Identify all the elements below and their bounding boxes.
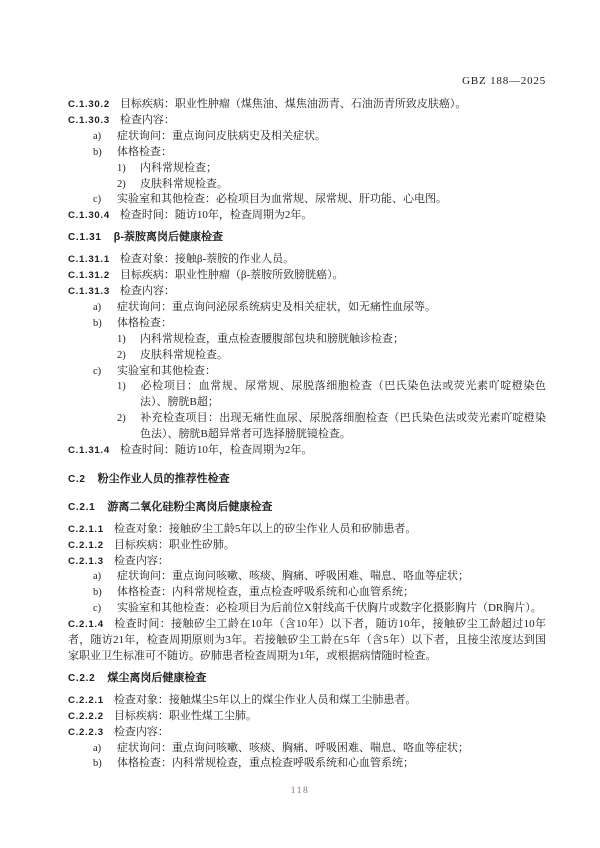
clause-text: 体格检查： [117,317,172,329]
clause-paragraph: C.1.30.2目标疾病：职业性肿瘤（煤焦油、煤焦油沥青、石油沥青所致皮肤癌）。 [68,97,546,113]
clause-text: 检查时间：接触矽尘工龄在10年（含10年）以下者，随访10年，接触矽尘工龄超过1… [68,618,546,662]
clause-text: 煤尘离岗后健康检查 [107,672,206,684]
clause-number: C.1.30.3 [68,115,110,126]
clause-number: 1) [117,379,140,395]
clause-text: 游离二氧化硅粉尘离岗后健康检查 [107,501,272,513]
clause-number: a) [93,569,117,585]
clause-number: b) [93,756,117,772]
clause-number: 1) [117,161,140,177]
clause-text: 检查对象：接触β-萘胺的作业人员。 [120,253,294,265]
clause-text: 目标疾病：职业性肿瘤（煤焦油、煤焦油沥青、石油沥青所致皮肤癌）。 [120,98,467,110]
list-item-letter: c)实验室和其他检查：必检项目为血常规、尿常规、肝功能、心电图。 [68,192,546,208]
clause-number: C.2.2.3 [68,727,104,738]
clause-number: C.2.2.2 [68,711,104,722]
clause-number: 2) [117,177,140,193]
clause-number: b) [93,145,117,161]
clause-text: 症状询问：重点询问泌尿系统病史及相关症状，如无痛性血尿等。 [117,301,436,313]
clause-number: C.2.1.1 [68,524,104,535]
list-item-letter: b)体格检查： [68,145,546,161]
clause-number: C.1.31.3 [68,286,110,297]
clause-text: 皮肤科常规检查。 [140,178,228,190]
clause-text: 症状询问：重点询问咳嗽、咳痰、胸痛、呼吸困难、喘息、咯血等症状； [117,742,469,754]
list-item-number: 1)必检项目：血常规、尿常规、尿脱落细胞检查（巴氏染色法或荧光素吖啶橙染色法）、… [68,379,546,411]
clause-number: C.1.30.2 [68,99,110,110]
clause-text: 检查内容： [114,555,169,567]
clause-number: 2) [117,348,140,364]
clause-text: 检查对象：接触煤尘5年以上的煤尘作业人员和煤工尘肺患者。 [114,694,417,706]
clause-text: 检查内容： [114,726,169,738]
clause-number: 2) [117,411,140,427]
page-number: 118 [0,786,600,796]
clause-text: 补充检查项目：出现无痛性血尿、尿脱落细胞检查（巴氏染色法或荧光素吖啶橙染色法）、… [140,412,546,440]
list-item-number: 1)内科常规检查； [68,161,546,177]
standard-number-header: GBZ 188—2025 [462,75,546,87]
clause-text: 体格检查： [117,146,172,158]
clause-number: C.2.1.4 [68,619,104,630]
list-item-letter: a)症状询问：重点询问咳嗽、咳痰、胸痛、呼吸困难、喘息、咯血等症状； [68,741,546,757]
clause-paragraph: C.1.31.2目标疾病：职业性肿瘤（β-萘胺所致膀胱癌）。 [68,268,546,284]
list-item-number: 2)补充检查项目：出现无痛性血尿、尿脱落细胞检查（巴氏染色法或荧光素吖啶橙染色法… [68,411,546,443]
clause-text: 检查内容： [120,114,175,126]
clause-paragraph: C.1.31.4检查时间：随访10年，检查周期为2年。 [68,443,546,459]
clause-number: c) [93,364,117,380]
clause-number: C.2.2.1 [68,695,104,706]
list-item-letter: a)症状询问：重点询问咳嗽、咳痰、胸痛、呼吸困难、喘息、咯血等症状； [68,569,546,585]
clause-paragraph: C.1.30.3检查内容： [68,113,546,129]
clause-paragraph: C.1.30.4检查时间：随访10年，检查周期为2年。 [68,208,546,224]
clause-text: 检查内容： [120,285,175,297]
clause-text: 目标疾病：职业性肿瘤（β-萘胺所致膀胱癌）。 [120,269,344,281]
clause-paragraph: C.2.1.4检查时间：接触矽尘工龄在10年（含10年）以下者，随访10年，接触… [68,617,546,665]
clause-text: 体格检查：内科常规检查，重点检查呼吸系统和心血管系统； [117,757,414,769]
clause-number: b) [93,316,117,332]
clause-number: C.1.31.1 [68,254,110,265]
clause-text: 皮肤科常规检查。 [140,349,228,361]
list-item-number: 2)皮肤科常规检查。 [68,348,546,364]
clause-paragraph: C.2.2.1检查对象：接触煤尘5年以上的煤尘作业人员和煤工尘肺患者。 [68,693,546,709]
clause-number: b) [93,585,117,601]
clause-text: 内科常规检查，重点检查腰腹部包块和膀胱触诊检查； [140,333,404,345]
clause-text: 粉尘作业人员的推荐性检查 [98,473,230,485]
clause-number: c) [93,192,117,208]
clause-text: 实验室和其他检查：必检项目为后前位X射线高千伏胸片或数字化摄影胸片（DR胸片）。 [117,602,542,614]
document-page: GBZ 188—2025 C.1.30.2目标疾病：职业性肿瘤（煤焦油、煤焦油沥… [0,0,600,848]
clause-number: C.2 [68,474,86,485]
clause-paragraph: C.2.1.1检查对象：接触矽尘工龄5年以上的矽尘作业人员和矽肺患者。 [68,522,546,538]
subsection-heading: C.2.2煤尘离岗后健康检查 [68,671,546,687]
clause-text: 内科常规检查； [140,162,217,174]
clause-number: c) [93,601,117,617]
clause-text: 检查时间：随访10年，检查周期为2年。 [120,209,313,221]
clause-text: β-萘胺离岗后健康检查 [114,231,223,243]
clause-text: 症状询问：重点询问咳嗽、咳痰、胸痛、呼吸困难、喘息、咯血等症状； [117,570,469,582]
clause-paragraph: C.2.1.2目标疾病：职业性矽肺。 [68,538,546,554]
clause-number: a) [93,300,117,316]
clause-paragraph: C.2.1.3检查内容： [68,554,546,570]
clause-paragraph: C.2.2.2目标疾病：职业性煤工尘肺。 [68,709,546,725]
subsection-heading: C.1.31β-萘胺离岗后健康检查 [68,230,546,246]
list-item-letter: b)体格检查：内科常规检查，重点检查呼吸系统和心血管系统； [68,756,546,772]
clause-text: 检查对象：接触矽尘工龄5年以上的矽尘作业人员和矽肺患者。 [114,523,417,535]
clause-text: 检查时间：随访10年，检查周期为2年。 [120,444,313,456]
list-item-number: 1)内科常规检查，重点检查腰腹部包块和膀胱触诊检查； [68,332,546,348]
clause-paragraph: C.2.2.3检查内容： [68,725,546,741]
clause-number: C.2.2 [68,673,95,684]
list-item-letter: b)体格检查：内科常规检查，重点检查呼吸系统和心血管系统； [68,585,546,601]
clause-paragraph: C.1.31.3检查内容： [68,284,546,300]
clause-number: C.2.1.2 [68,540,104,551]
clause-number: a) [93,129,117,145]
document-body: C.1.30.2目标疾病：职业性肿瘤（煤焦油、煤焦油沥青、石油沥青所致皮肤癌）。… [68,97,546,772]
clause-text: 目标疾病：职业性煤工尘肺。 [114,710,257,722]
section-heading: C.2粉尘作业人员的推荐性检查 [68,472,546,488]
clause-number: 1) [117,332,140,348]
clause-text: 症状询问：重点询问皮肤病史及相关症状。 [117,130,326,142]
clause-text: 必检项目：血常规、尿常规、尿脱落细胞检查（巴氏染色法或荧光素吖啶橙染色法）、膀胱… [140,380,546,408]
clause-number: C.1.30.4 [68,210,110,221]
clause-paragraph: C.1.31.1检查对象：接触β-萘胺的作业人员。 [68,252,546,268]
clause-number: C.1.31.4 [68,445,110,456]
list-item-letter: b)体格检查： [68,316,546,332]
clause-number: C.2.1.3 [68,556,104,567]
clause-number: a) [93,741,117,757]
clause-text: 体格检查：内科常规检查，重点检查呼吸系统和心血管系统； [117,586,414,598]
clause-text: 实验室和其他检查：必检项目为血常规、尿常规、肝功能、心电图。 [117,193,447,205]
list-item-letter: a)症状询问：重点询问皮肤病史及相关症状。 [68,129,546,145]
list-item-letter: c)实验室和其他检查：必检项目为后前位X射线高千伏胸片或数字化摄影胸片（DR胸片… [68,601,546,617]
clause-number: C.2.1 [68,502,95,513]
clause-text: 目标疾病：职业性矽肺。 [114,539,235,551]
list-item-letter: a)症状询问：重点询问泌尿系统病史及相关症状，如无痛性血尿等。 [68,300,546,316]
clause-text: 实验室和其他检查： [117,365,216,377]
clause-number: C.1.31 [68,232,102,243]
clause-number: C.1.31.2 [68,270,110,281]
subsection-heading: C.2.1游离二氧化硅粉尘离岗后健康检查 [68,500,546,516]
list-item-number: 2)皮肤科常规检查。 [68,177,546,193]
list-item-letter: c)实验室和其他检查： [68,364,546,380]
